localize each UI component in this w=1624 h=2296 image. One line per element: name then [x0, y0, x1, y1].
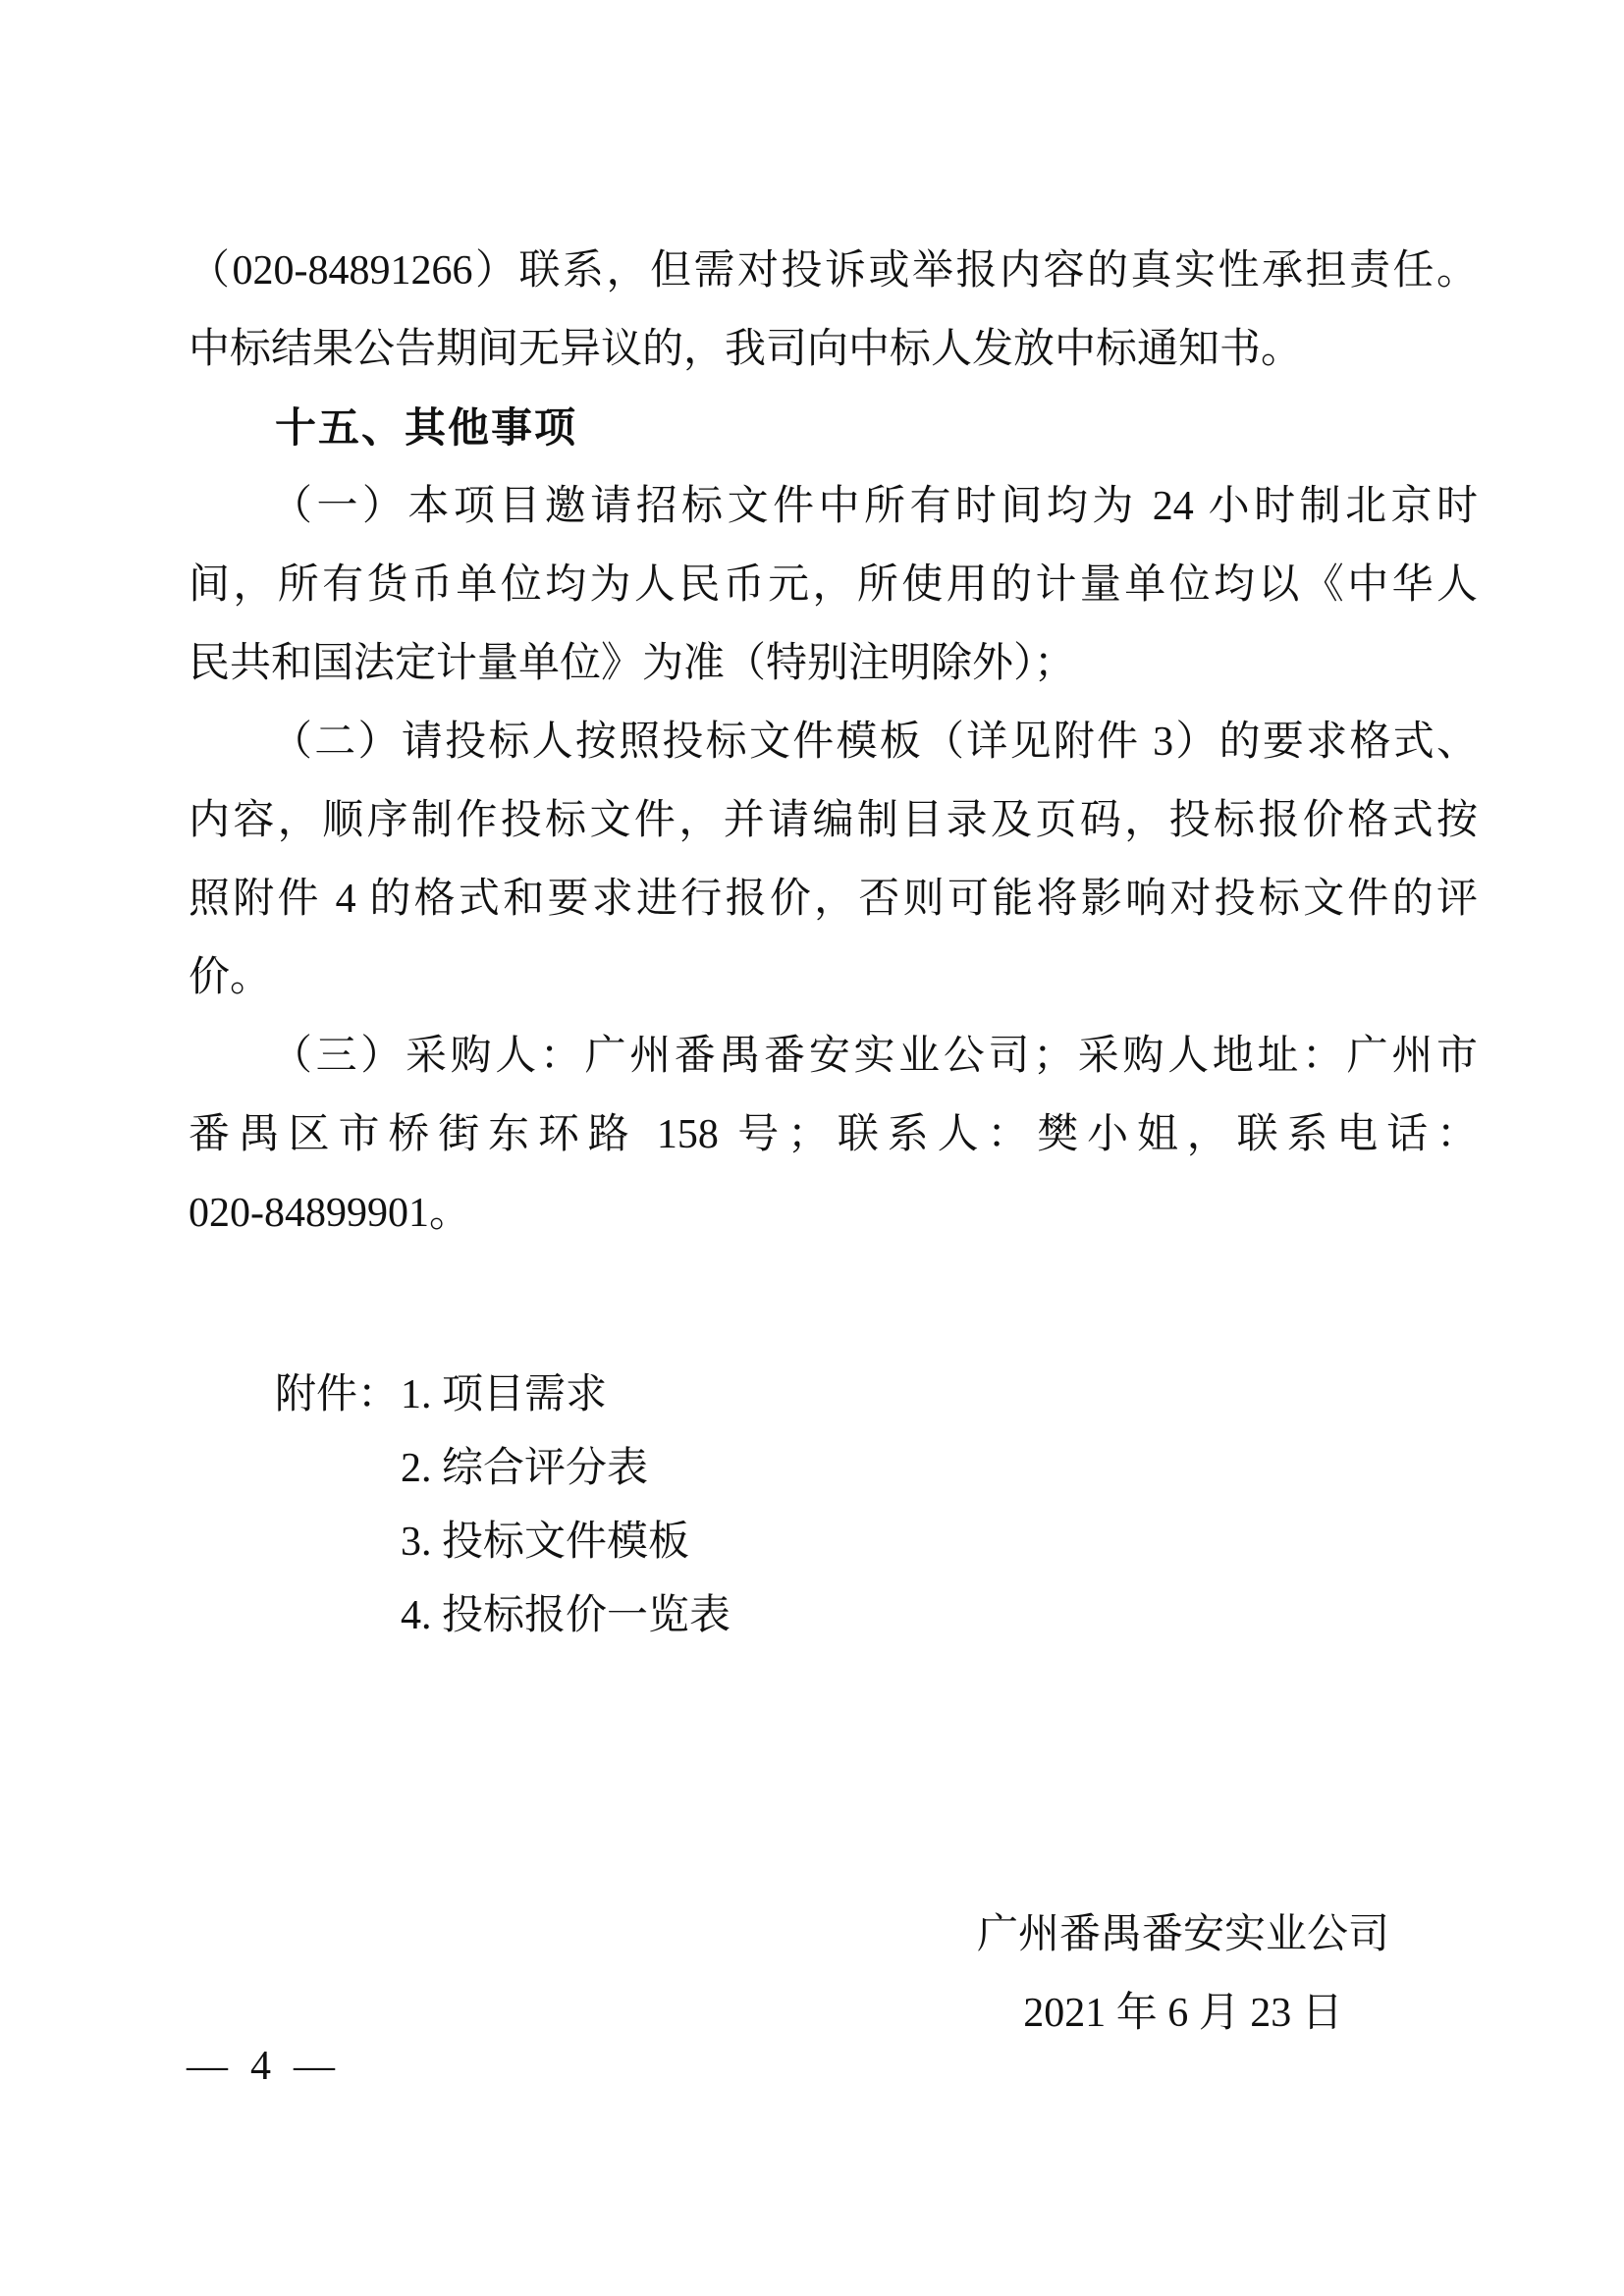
signature-block: 广州番禺番安实业公司 2021 年 6 月 23 日 [947, 1896, 1419, 2053]
paragraph-line: 民共和国法定计量单位》为准（特别注明除外）； [189, 624, 1478, 703]
paragraph-line: 内容，顺序制作投标文件，并请编制目录及页码，投标报价格式按 [189, 781, 1478, 860]
paragraph-line: （二）请投标人按照投标文件模板（详见附件 3）的要求格式、 [189, 703, 1478, 781]
paragraph-line: 照附件 4 的格式和要求进行报价，否则可能将影响对投标文件的评 [189, 860, 1478, 938]
page-footer: — 4 — [187, 2044, 335, 2089]
attachments-list: 1. 项目需求 2. 综合评分表 3. 投标文件模板 4. 投标报价一览表 [401, 1359, 731, 1653]
paragraph-line: 中标结果公告期间无异议的，我司向中标人发放中标通知书。 [189, 310, 1478, 389]
attachments-label: 附件： [275, 1359, 401, 1653]
attachment-item: 3. 投标文件模板 [401, 1506, 731, 1579]
signature-date: 2021 年 6 月 23 日 [947, 1974, 1419, 2053]
document-body: （020-84891266）联系，但需对投诉或举报内容的真实性承担责任。 中标结… [189, 232, 1478, 2053]
paragraph-line: （一）本项目邀请招标文件中所有时间均为 24 小时制北京时 [189, 467, 1478, 546]
paragraph-line: 020-84899901。 [189, 1174, 1478, 1253]
attachment-item: 2. 综合评分表 [401, 1432, 731, 1506]
paragraph-line: 价。 [189, 938, 1478, 1017]
footer-left-dash: — [187, 2044, 228, 2089]
attachment-item: 1. 项目需求 [401, 1359, 731, 1432]
page-number: 4 [250, 2044, 271, 2089]
paragraph-line: 番禺区市桥街东环路 158 号；联系人：樊小姐，联系电话： [189, 1095, 1478, 1174]
signature-company: 广州番禺番安实业公司 [947, 1896, 1419, 1974]
paragraph-line: 间，所有货币单位均为人民币元，所使用的计量单位均以《中华人 [189, 546, 1478, 624]
paragraph-line: （三）采购人：广州番禺番安实业公司；采购人地址：广州市 [189, 1017, 1478, 1095]
attachments-block: 附件： 1. 项目需求 2. 综合评分表 3. 投标文件模板 4. 投标报价一览… [275, 1359, 1478, 1653]
section-heading: 十五、其他事项 [275, 389, 1478, 467]
paragraph-line: （020-84891266）联系，但需对投诉或举报内容的真实性承担责任。 [189, 232, 1478, 310]
attachment-item: 4. 投标报价一览表 [401, 1579, 731, 1653]
footer-right-dash: — [294, 2044, 335, 2089]
document-page: （020-84891266）联系，但需对投诉或举报内容的真实性承担责任。 中标结… [0, 0, 1624, 2296]
